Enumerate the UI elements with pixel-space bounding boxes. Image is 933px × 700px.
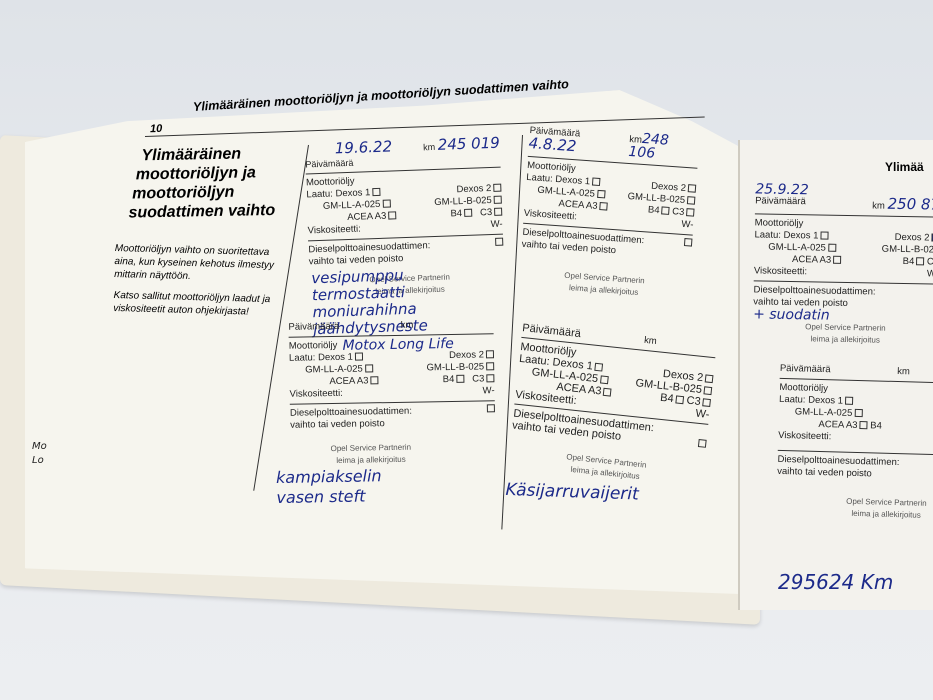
quality-label: Laatu: xyxy=(779,394,806,406)
gm-b-label: GM-LL-B-025 xyxy=(882,244,933,256)
intro-paragraph-1: Moottoriöljyn vaihto on suoritettava ain… xyxy=(114,242,290,286)
dexos1-checkbox[interactable] xyxy=(355,353,363,361)
gm-a-label: GM-LL-A-025 xyxy=(768,242,826,254)
km-label: km xyxy=(872,200,885,211)
km-label: km xyxy=(401,320,414,332)
quality-label: Laatu: xyxy=(526,172,553,185)
gm-a-label: GM-LL-A-025 xyxy=(795,406,853,419)
dexos2-checkbox[interactable] xyxy=(493,184,501,192)
w-label: W- xyxy=(490,219,502,231)
gm-a-checkbox[interactable] xyxy=(597,190,606,199)
b4-label: B4 xyxy=(660,392,675,405)
acea-checkbox[interactable] xyxy=(859,422,867,430)
gm-a-checkbox[interactable] xyxy=(854,409,862,417)
acea-label: ACEA A3 xyxy=(818,419,857,431)
viscosity-label: Viskositeetti: xyxy=(290,388,343,401)
acea-checkbox[interactable] xyxy=(599,203,608,212)
handwritten-note: Käsijarruvaijerit xyxy=(505,484,700,503)
intro-text: Moottoriöljyn vaihto on suoritettava ain… xyxy=(113,242,290,328)
acea-checkbox[interactable] xyxy=(370,377,378,385)
acea-label: ACEA A3 xyxy=(329,375,368,387)
c3-label: C3 xyxy=(686,395,701,408)
quality-label: Laatu: xyxy=(289,352,316,363)
service-entry-1: 19.6.22km 245 019 Päivämäärä Moottoriölj… xyxy=(305,137,507,339)
engine-oil-label: Moottoriöljy xyxy=(289,340,338,353)
diesel-label: Dieselpolttoainesuodattimen: xyxy=(290,406,412,420)
w-label: W- xyxy=(695,408,710,421)
service-entry-3: Päivämäärä 4.8.22km248 106 Moottoriöljy … xyxy=(518,125,699,302)
c3-label: C3 xyxy=(927,256,933,267)
gm-b-checkbox[interactable] xyxy=(494,196,502,204)
entry-date: 19.6.22 xyxy=(335,140,393,157)
dexos1-label: Dexos 1 xyxy=(335,187,370,199)
b4-label: B4 xyxy=(903,256,915,267)
margin-note-line: Mo xyxy=(32,440,47,454)
gm-a-checkbox[interactable] xyxy=(828,244,836,252)
c3-label: C3 xyxy=(472,373,484,384)
dexos1-checkbox[interactable] xyxy=(820,232,828,240)
diesel-checkbox[interactable] xyxy=(495,238,503,246)
dexos2-checkbox[interactable] xyxy=(705,374,714,383)
c3-checkbox[interactable] xyxy=(486,375,494,383)
viscosity-label: Viskositeetti: xyxy=(523,208,577,224)
acea-label: ACEA A3 xyxy=(792,254,831,266)
dexos1-label: Dexos 1 xyxy=(808,395,843,407)
intro-paragraph-2: Katso sallitut moottoriöljyn laadut ja v… xyxy=(113,289,289,320)
acea-checkbox[interactable] xyxy=(388,212,396,220)
gm-a-label: GM-LL-A-025 xyxy=(305,364,363,376)
b4-checkbox[interactable] xyxy=(916,258,924,266)
b4-label: B4 xyxy=(648,204,660,216)
km-label: km xyxy=(423,142,435,152)
stamp-label: Opel Service Partnerinleima ja allekirjo… xyxy=(836,495,933,522)
c3-label: C3 xyxy=(480,207,493,218)
dexos1-label: Dexos 1 xyxy=(783,230,818,242)
acea-label: ACEA A3 xyxy=(347,211,386,223)
gm-b-label: GM-LL-B-025 xyxy=(427,361,485,373)
b4-checkbox[interactable] xyxy=(456,375,464,383)
margin-note-line: Lo xyxy=(32,454,47,468)
viscosity-label: Viskositeetti: xyxy=(754,265,807,278)
page-number: 10 xyxy=(150,123,163,135)
service-entry-4: Päivämääräkm Moottoriöljy Laatu: Dexos 1… xyxy=(505,322,716,509)
gm-a-checkbox[interactable] xyxy=(382,200,390,208)
quality-label: Laatu: xyxy=(754,229,781,240)
title-line: suodattimen vaihto xyxy=(128,200,303,222)
handwritten-notes: kampiakselin vasen steft xyxy=(276,466,382,508)
date-label: Päivämäärä xyxy=(755,195,806,211)
acea-checkbox[interactable] xyxy=(603,388,612,397)
w-label: W- xyxy=(927,268,933,280)
w-label: W- xyxy=(681,219,694,232)
dexos1-label: Dexos 1 xyxy=(318,352,353,364)
dexos2-label: Dexos 2 xyxy=(456,183,491,195)
b4-checkbox[interactable] xyxy=(675,395,684,404)
km-label: km xyxy=(897,366,910,378)
note-line: vasen steft xyxy=(276,486,382,508)
right-page-title: Ylimää xyxy=(885,160,924,174)
stamp-line-2: leima ja allekirjoitus xyxy=(331,454,412,467)
dexos2-label: Dexos 2 xyxy=(449,349,484,361)
handwritten-oil: Motox Long Life xyxy=(342,338,453,352)
gm-a-label: GM-LL-A-025 xyxy=(323,199,381,212)
km-label: km xyxy=(643,335,657,348)
c3-label: C3 xyxy=(672,206,685,218)
c3-checkbox[interactable] xyxy=(702,398,711,407)
service-entry-5: 25.9.22 Päivämääräkm 250 87 Moottoriöljy… xyxy=(753,183,933,347)
c3-checkbox[interactable] xyxy=(494,208,502,216)
w-label: W- xyxy=(483,385,495,397)
dexos1-checkbox[interactable] xyxy=(592,178,601,187)
dexos2-checkbox[interactable] xyxy=(486,351,494,359)
quality-label: Laatu: xyxy=(306,189,333,201)
b4-checkbox[interactable] xyxy=(464,209,472,217)
stamp-label: Opel Service Partnerinleima ja allekirjo… xyxy=(330,442,411,467)
gm-b-label: GM-LL-B-025 xyxy=(434,195,492,208)
diesel-checkbox[interactable] xyxy=(698,439,707,448)
entry-km: 245 019 xyxy=(437,134,500,154)
dexos2-label: Dexos 2 xyxy=(895,232,930,244)
gm-b-checkbox[interactable] xyxy=(486,363,494,371)
gm-b-checkbox[interactable] xyxy=(687,197,696,206)
note-line: kampiakselin xyxy=(276,466,382,488)
b4-label: B4 xyxy=(443,374,455,385)
service-entry-2: Päivämääräkm MoottoriöljyMotox Long Life… xyxy=(288,318,496,512)
service-entry-6: Päivämääräkm Moottoriöljy Laatu: Dexos 1… xyxy=(776,363,933,522)
diesel-checkbox[interactable] xyxy=(684,238,693,247)
viscosity-label: Viskositeetti: xyxy=(308,224,362,238)
dexos2-checkbox[interactable] xyxy=(688,185,697,194)
dexos1-checkbox[interactable] xyxy=(372,188,380,196)
gm-b-checkbox[interactable] xyxy=(703,386,712,395)
entry-km: 250 87 xyxy=(887,195,933,214)
entry-date: 4.8.22 xyxy=(528,134,577,155)
stamp-label: Opel Service Partnerinleima ja allekirjo… xyxy=(753,320,933,347)
section-title: Ylimääräinen moottoriöljyn ja moottoriöl… xyxy=(127,143,303,222)
diesel-checkbox[interactable] xyxy=(487,404,495,412)
dexos1-checkbox[interactable] xyxy=(594,363,603,372)
date-label: Päivämäärä xyxy=(288,321,339,334)
margin-note: Mo Lo xyxy=(32,440,47,468)
c3-checkbox[interactable] xyxy=(686,209,695,218)
gm-a-checkbox[interactable] xyxy=(600,375,609,384)
date-label: Päivämäärä xyxy=(780,363,831,376)
acea-checkbox[interactable] xyxy=(833,256,841,264)
b4-label: B4 xyxy=(450,208,462,219)
gm-a-checkbox[interactable] xyxy=(365,365,373,373)
odometer-note: 295624 Km xyxy=(778,570,893,594)
dexos1-checkbox[interactable] xyxy=(845,397,853,405)
b4-label: B4 xyxy=(870,420,882,431)
b4-checkbox[interactable] xyxy=(661,207,670,216)
